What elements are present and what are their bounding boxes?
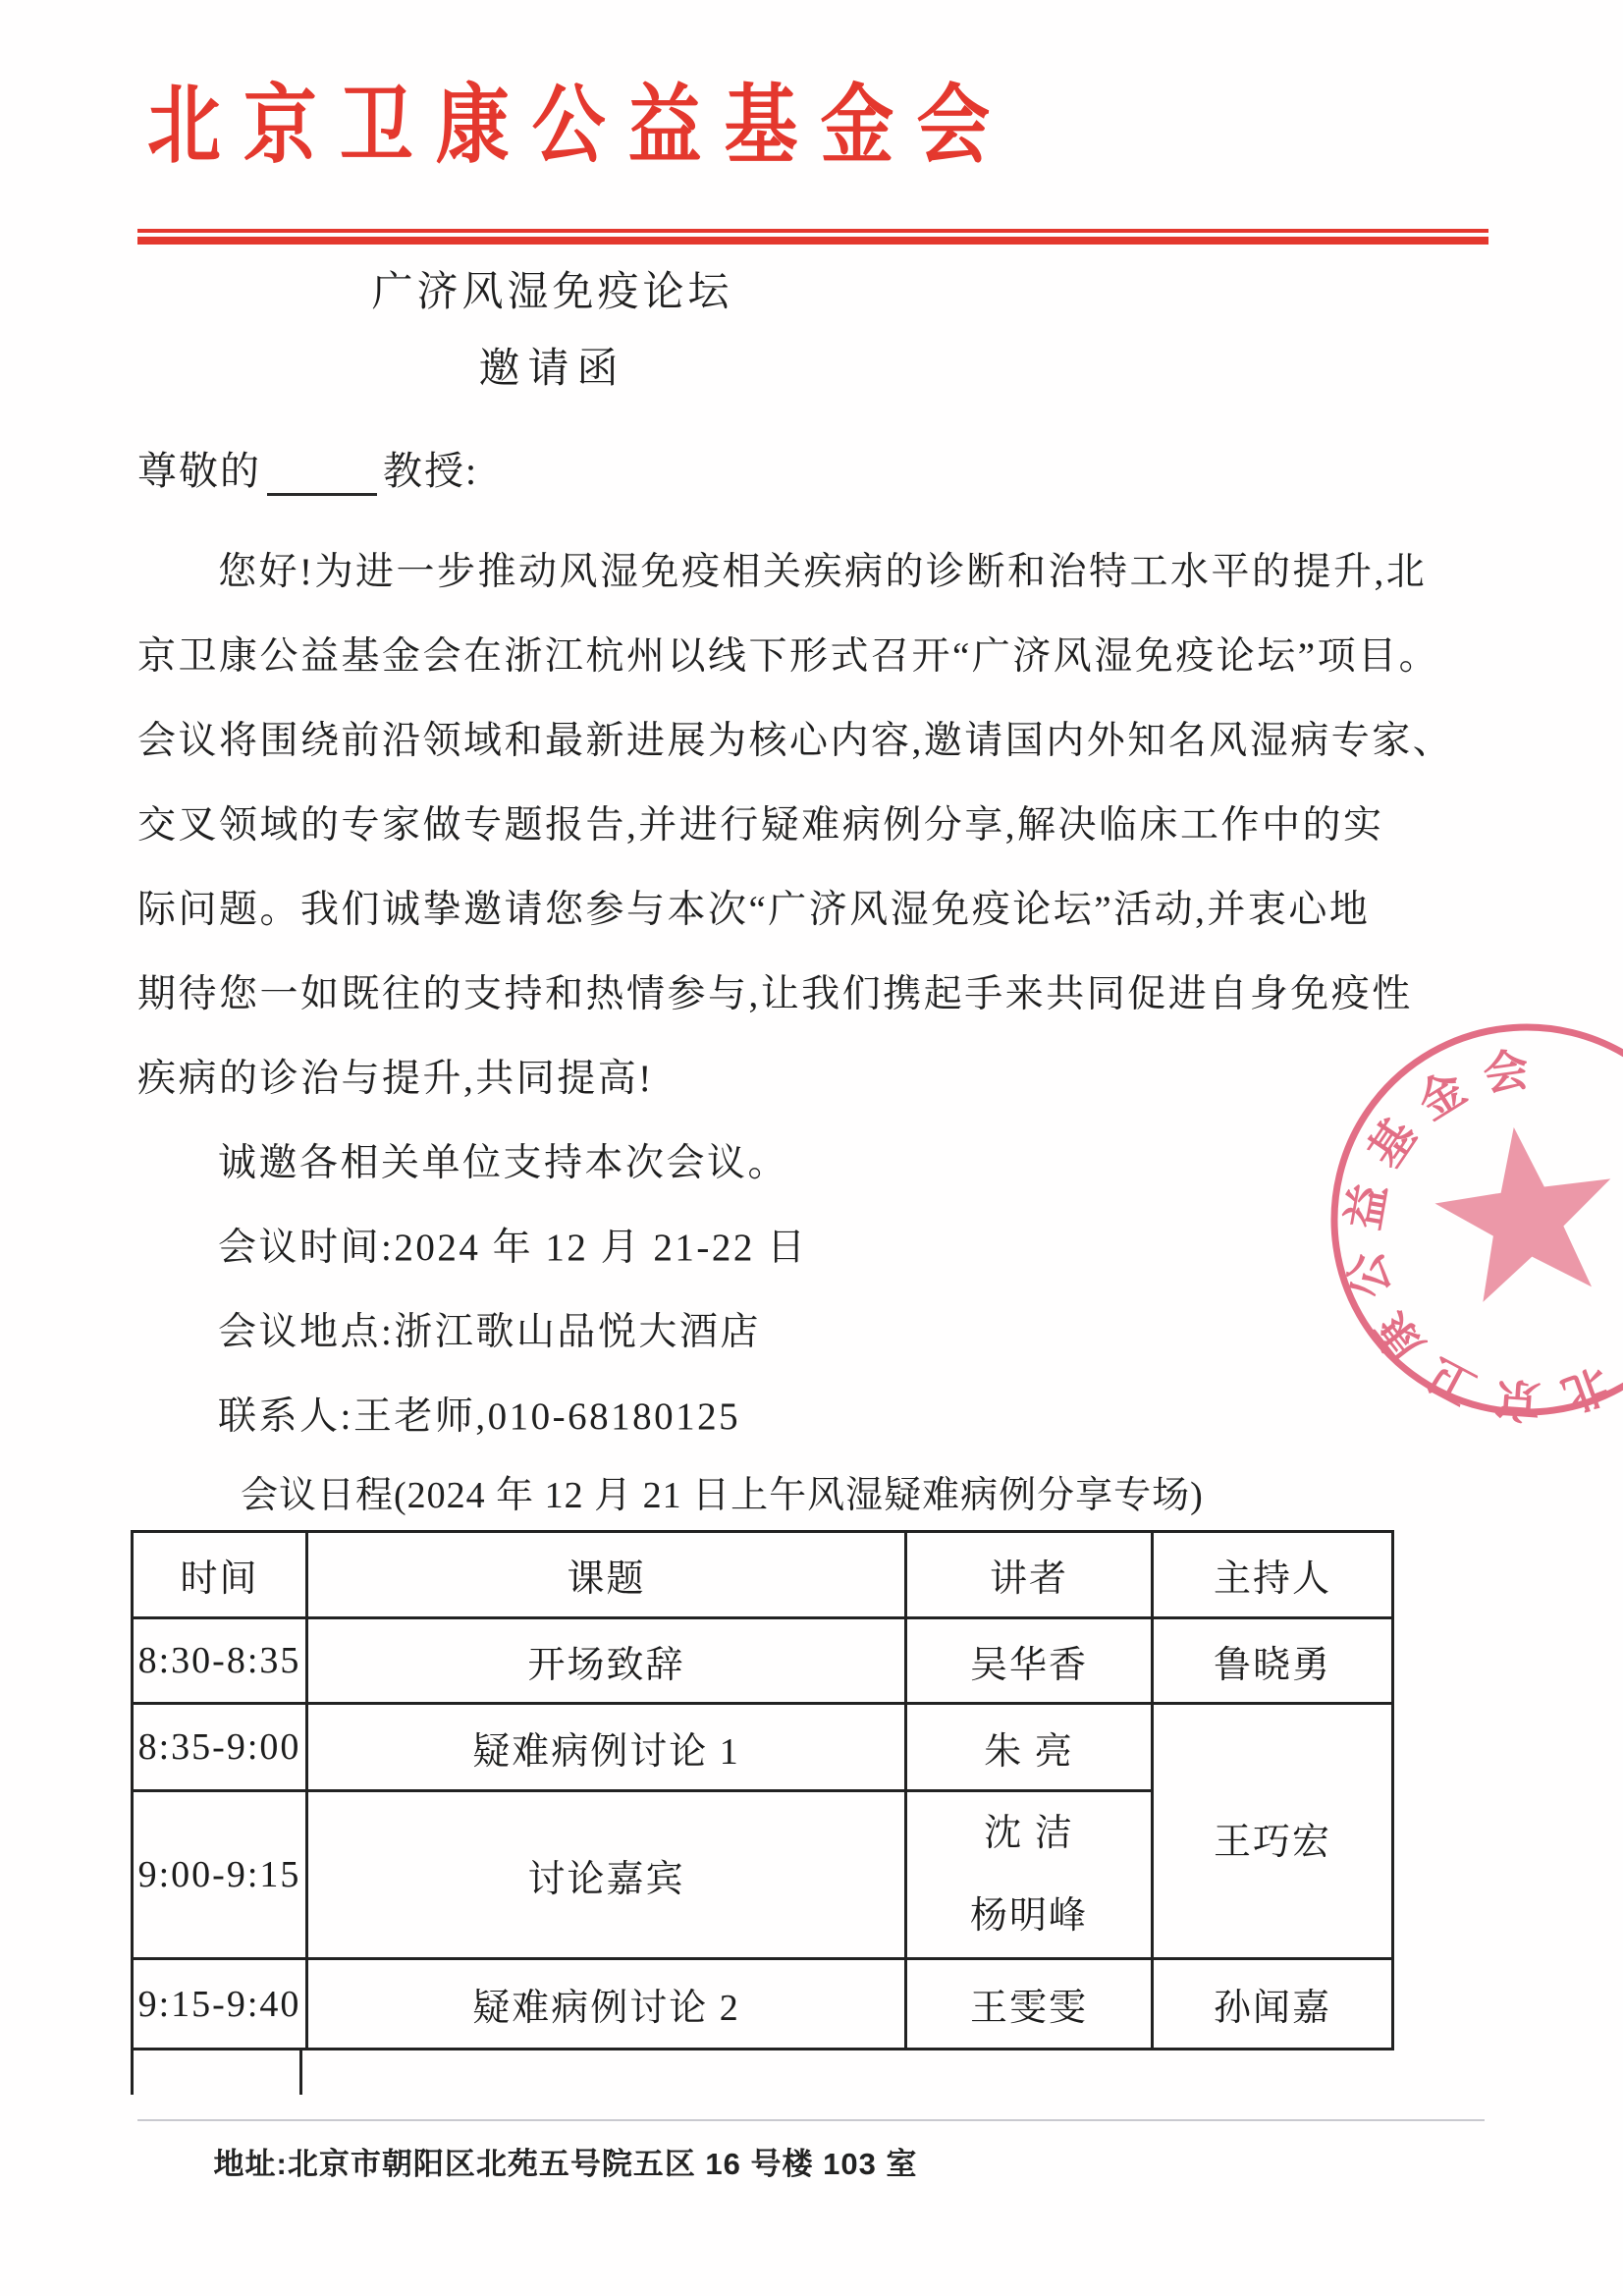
body-line: 疾病的诊治与提升,共同提高! [137, 1037, 1426, 1121]
cell-topic: 讨论嘉宾 [307, 1791, 906, 1959]
meeting-time-line: 会议时间:2024 年 12 月 21-22 日 [137, 1206, 1426, 1290]
seal-character: 益 [1338, 1180, 1395, 1233]
name-blank-underline [267, 452, 377, 496]
body-line: 际问题。我们诚挚邀请您参与本次“广济风湿免疫论坛”活动,并衷心地 [137, 868, 1426, 953]
body-line: 期待您一如既往的支持和热情参与,让我们携起手来共同促进自身免疫性 [137, 953, 1426, 1037]
cell-topic: 疑难病例讨论 1 [307, 1704, 906, 1791]
table-row: 9:15-9:40 疑难病例讨论 2 王雯雯 孙闻嘉 [133, 1959, 1393, 2050]
cell-speaker: 朱 亮 [906, 1704, 1153, 1791]
table-cutoff-border-stub [299, 2050, 302, 2095]
seal-character: 基 [1359, 1111, 1426, 1176]
letterhead-organization-name: 北京卫康公益基金会 [147, 57, 1467, 180]
cell-host: 鲁晓勇 [1153, 1618, 1393, 1704]
header-cell-topic: 课题 [307, 1532, 906, 1618]
cell-speaker-two-lines: 沈 洁 杨明峰 [906, 1791, 1153, 1959]
cell-topic: 开场致辞 [307, 1618, 906, 1704]
table-row: 8:30-8:35 开场致辞 吴华香 鲁晓勇 [133, 1618, 1393, 1704]
header-cell-time: 时间 [133, 1532, 307, 1618]
salutation-prefix: 尊敬的 [137, 449, 261, 493]
scanned-invitation-letter: 北京卫康公益基金会 广济风湿免疫论坛 邀请函 尊敬的教授: 您好!为进一步推动风… [0, 0, 1623, 2296]
forum-title: 广济风湿免疫论坛 [137, 259, 967, 318]
host-name: 王巧宏 [1154, 1801, 1391, 1884]
salutation-line: 尊敬的教授: [137, 440, 478, 496]
schedule-heading: 会议日程(2024 年 12 月 21 日上午风湿疑难病例分享专场) [241, 1453, 1204, 1538]
table-cutoff-border-stub [131, 2050, 134, 2095]
salutation-suffix: 教授: [383, 449, 478, 493]
seal-character: 京 [1493, 1373, 1542, 1426]
contact-person-line: 联系人:王老师,010-68180125 [137, 1375, 1426, 1459]
header-cell-speaker: 讲者 [906, 1532, 1153, 1618]
letter-body: 您好!为进一步推动风湿免疫相关疾病的诊断和治特工水平的提升,北 京卫康公益基金会… [137, 530, 1426, 1459]
red-circular-seal: 北京卫康公益基金会 [1283, 976, 1623, 1464]
cell-topic: 疑难病例讨论 2 [307, 1959, 906, 2050]
seal-star-icon [1426, 1115, 1623, 1306]
schedule-header-row: 时间 课题 讲者 主持人 [133, 1532, 1393, 1618]
document-type-title: 邀请函 [137, 336, 967, 395]
schedule-table: 时间 课题 讲者 主持人 8:30-8:35 开场致辞 吴华香 鲁晓勇 8:35… [131, 1530, 1394, 2050]
body-line: 您好!为进一步推动风湿免疫相关疾病的诊断和治特工水平的提升,北 [137, 530, 1426, 615]
cell-time: 8:35-9:00 [133, 1704, 307, 1791]
cell-host: 孙闻嘉 [1153, 1959, 1393, 2050]
seal-character: 金 [1409, 1063, 1474, 1129]
cell-time: 9:00-9:15 [133, 1791, 307, 1959]
seal-character: 康 [1366, 1303, 1434, 1370]
speaker-name: 杨明峰 [907, 1875, 1151, 1957]
cell-speaker: 吴华香 [906, 1618, 1153, 1704]
speaker-name: 沈 洁 [907, 1792, 1151, 1875]
closing-line: 诚邀各相关单位支持本次会议。 [137, 1121, 1426, 1206]
body-line: 交叉领域的专家做专题报告,并进行疑难病例分享,解决临床工作中的实 [137, 784, 1426, 868]
letterhead-rule-thin [137, 229, 1488, 233]
cell-speaker: 王雯雯 [906, 1959, 1153, 2050]
seal-character: 公 [1339, 1247, 1399, 1303]
seal-character: 会 [1481, 1045, 1533, 1101]
footer-address: 地址:北京市朝阳区北苑五号院五区 16 号楼 103 室 [137, 2139, 994, 2183]
meeting-location-line: 会议地点:浙江歌山品悦大酒店 [137, 1290, 1426, 1375]
cell-host-merged: 王巧宏 [1153, 1704, 1393, 1959]
body-line: 会议将围绕前沿领域和最新进展为核心内容,邀请国内外知名风湿病专家、 [137, 699, 1426, 784]
body-line: 京卫康公益基金会在浙江杭州以线下形式召开“广济风湿免疫论坛”项目。 [137, 615, 1426, 699]
letterhead-rule-thick [137, 237, 1488, 245]
header-cell-host: 主持人 [1153, 1532, 1393, 1618]
footer-divider-line [137, 2119, 1485, 2121]
cell-time: 9:15-9:40 [133, 1959, 307, 2050]
table-row: 8:35-9:00 疑难病例讨论 1 朱 亮 王巧宏 [133, 1704, 1393, 1791]
cell-time: 8:30-8:35 [133, 1618, 307, 1704]
